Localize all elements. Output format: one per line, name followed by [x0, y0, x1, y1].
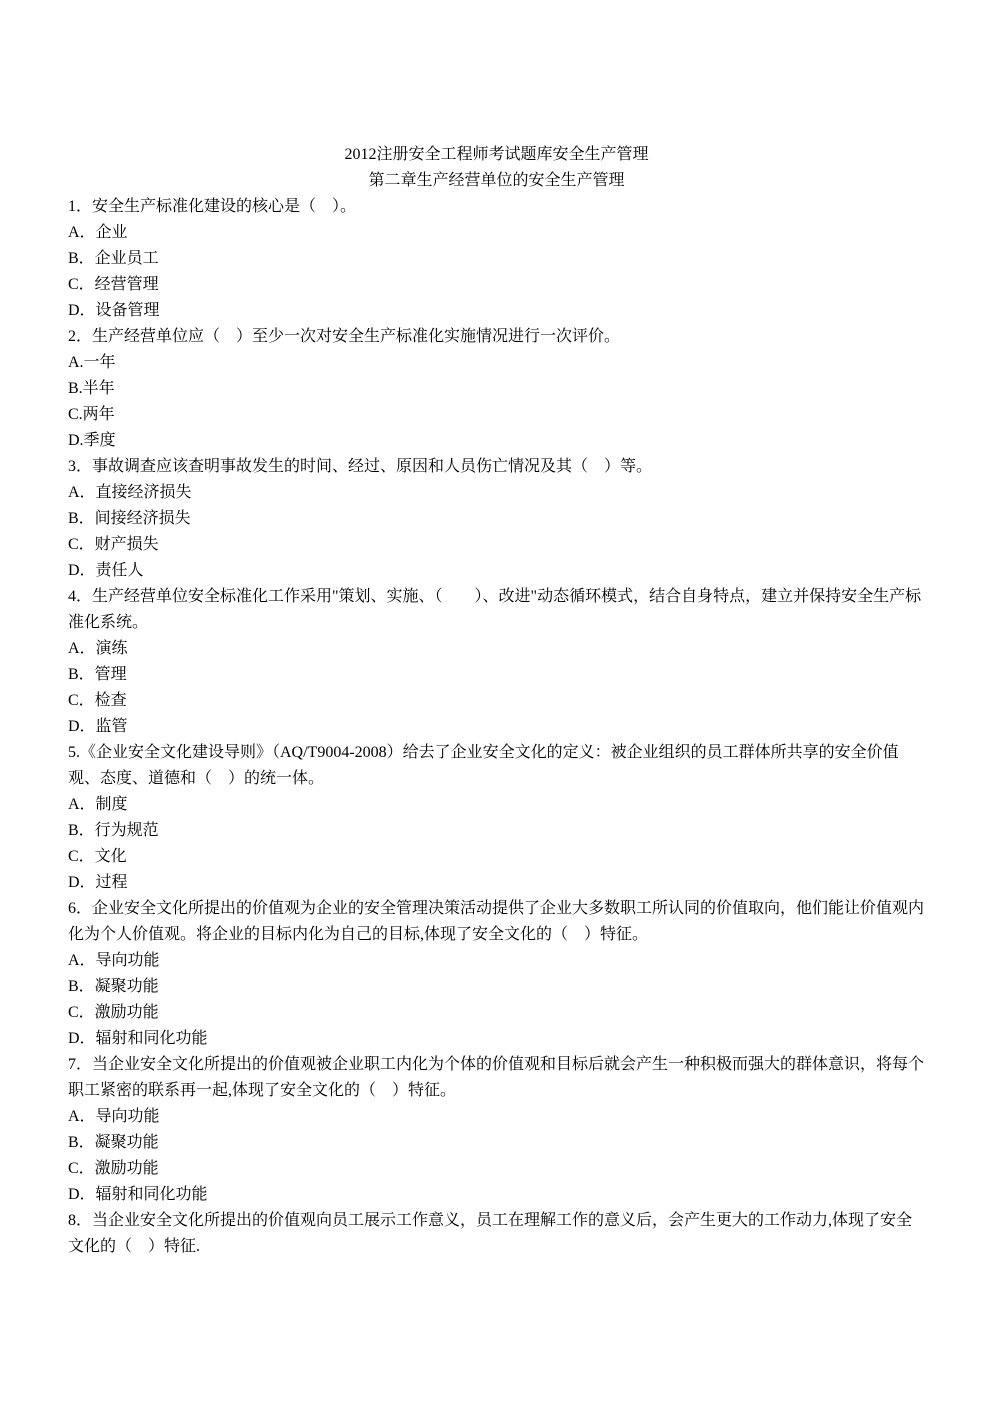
question-option: A．导向功能 — [68, 1104, 925, 1130]
question-option: D．监管 — [68, 714, 925, 740]
question-stem: 8．当企业安全文化所提出的价值观向员工展示工作意义，员工在理解工作的意义后，会产… — [68, 1208, 925, 1260]
question-2: 2．生产经营单位应（ ）至少一次对安全生产标准化实施情况进行一次评价。 A.一年… — [68, 324, 925, 454]
question-option: B．间接经济损失 — [68, 506, 925, 532]
question-option: B．行为规范 — [68, 818, 925, 844]
question-option: B．企业员工 — [68, 246, 925, 272]
page-subtitle: 第二章生产经营单位的安全生产管理 — [68, 168, 925, 194]
question-option: D．责任人 — [68, 558, 925, 584]
question-8: 8．当企业安全文化所提出的价值观向员工展示工作意义，员工在理解工作的意义后，会产… — [68, 1208, 925, 1260]
question-option: C．激励功能 — [68, 1000, 925, 1026]
question-option: C.两年 — [68, 402, 925, 428]
question-stem: 3．事故调查应该查明事故发生的时间、经过、原因和人员伤亡情况及其（ ）等。 — [68, 454, 925, 480]
document-page: 2012注册安全工程师考试题库安全生产管理 第二章生产经营单位的安全生产管理 1… — [68, 142, 925, 1260]
question-option: B.半年 — [68, 376, 925, 402]
question-stem: 6．企业安全文化所提出的价值观为企业的安全管理决策活动提供了企业大多数职工所认同… — [68, 896, 925, 948]
question-option: B．凝聚功能 — [68, 1130, 925, 1156]
question-3: 3．事故调查应该查明事故发生的时间、经过、原因和人员伤亡情况及其（ ）等。 A．… — [68, 454, 925, 584]
question-5: 5.《企业安全文化建设导则》（AQ/T9004-2008）给去了企业安全文化的定… — [68, 740, 925, 896]
question-1: 1．安全生产标准化建设的核心是（ ）。 A．企业 B．企业员工 C．经营管理 D… — [68, 194, 925, 324]
question-option: A．企业 — [68, 220, 925, 246]
question-option: A．演练 — [68, 636, 925, 662]
question-option: D.季度 — [68, 428, 925, 454]
page-title: 2012注册安全工程师考试题库安全生产管理 — [68, 142, 925, 168]
question-option: D．过程 — [68, 870, 925, 896]
question-stem: 2．生产经营单位应（ ）至少一次对安全生产标准化实施情况进行一次评价。 — [68, 324, 925, 350]
question-option: D．辐射和同化功能 — [68, 1182, 925, 1208]
question-option: C．文化 — [68, 844, 925, 870]
question-stem: 5.《企业安全文化建设导则》（AQ/T9004-2008）给去了企业安全文化的定… — [68, 740, 925, 792]
question-option: C．财产损失 — [68, 532, 925, 558]
question-6: 6．企业安全文化所提出的价值观为企业的安全管理决策活动提供了企业大多数职工所认同… — [68, 896, 925, 1052]
question-option: C．检查 — [68, 688, 925, 714]
question-option: D．辐射和同化功能 — [68, 1026, 925, 1052]
question-stem: 1．安全生产标准化建设的核心是（ ）。 — [68, 194, 925, 220]
question-stem: 4．生产经营单位安全标准化工作采用"策划、实施、（ ）、改进"动态循环模式，结合… — [68, 584, 925, 636]
question-option: A．制度 — [68, 792, 925, 818]
question-option: B．管理 — [68, 662, 925, 688]
question-stem: 7．当企业安全文化所提出的价值观被企业职工内化为个体的价值观和目标后就会产生一种… — [68, 1052, 925, 1104]
question-option: C．经营管理 — [68, 272, 925, 298]
question-option: D．设备管理 — [68, 298, 925, 324]
question-option: A.一年 — [68, 350, 925, 376]
question-option: B．凝聚功能 — [68, 974, 925, 1000]
question-7: 7．当企业安全文化所提出的价值观被企业职工内化为个体的价值观和目标后就会产生一种… — [68, 1052, 925, 1208]
question-option: A．导向功能 — [68, 948, 925, 974]
question-option: C．激励功能 — [68, 1156, 925, 1182]
question-option: A．直接经济损失 — [68, 480, 925, 506]
question-4: 4．生产经营单位安全标准化工作采用"策划、实施、（ ）、改进"动态循环模式，结合… — [68, 584, 925, 740]
